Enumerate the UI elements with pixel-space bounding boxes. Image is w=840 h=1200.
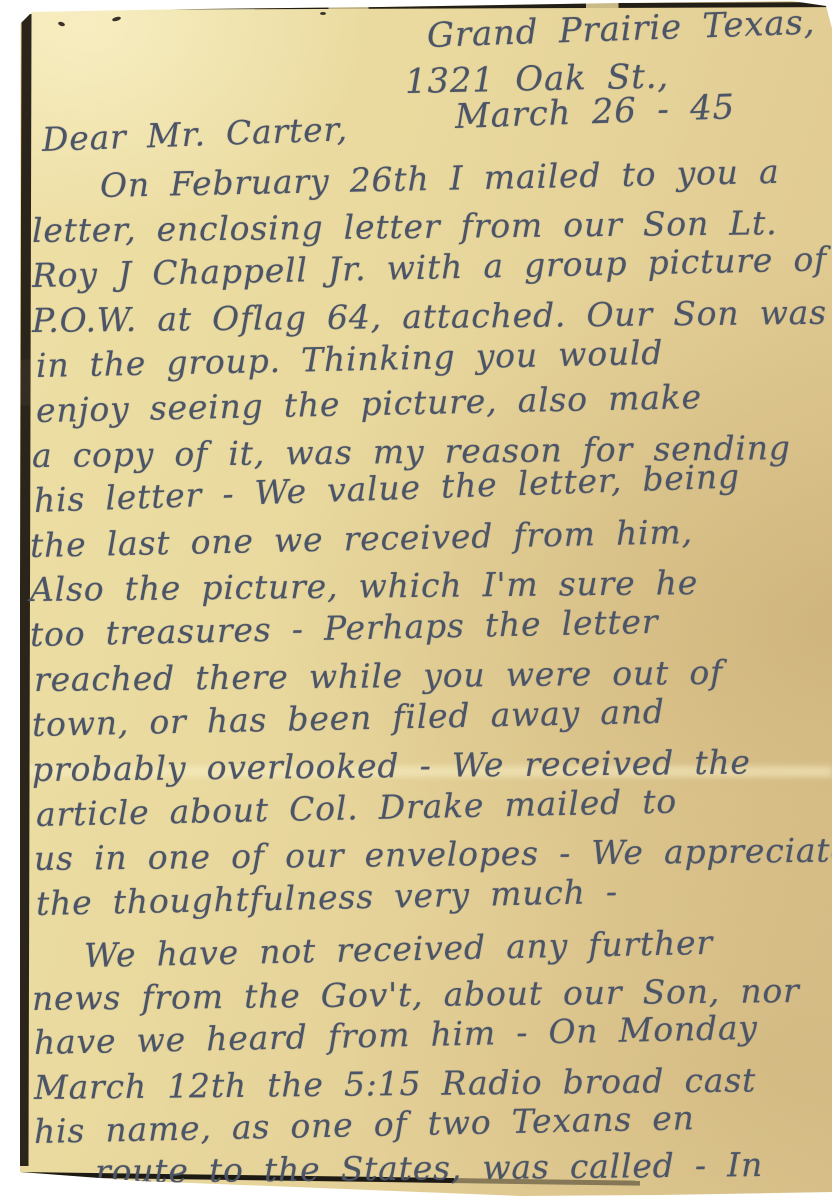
address-line-city: Grand Prairie Texas, bbox=[426, 2, 816, 56]
letter-line-23: route to the States, was called - In bbox=[95, 1145, 763, 1191]
letter-line-22: his name, as one of two Texans en bbox=[34, 1098, 695, 1151]
letter-line-15: article about Col. Drake mailed to bbox=[36, 782, 678, 834]
letter-scan: Grand Prairie Texas, 1321 Oak St., March… bbox=[0, 0, 840, 1200]
letter-line-4: P.O.W. at Oflag 64, attached. Our Son wa… bbox=[32, 293, 827, 340]
letter-line-5: in the group. Thinking you would bbox=[36, 333, 664, 385]
letter-line-11: too treasures - Perhaps the letter bbox=[30, 602, 659, 654]
handwriting-layer: Grand Prairie Texas, 1321 Oak St., March… bbox=[20, 0, 832, 1200]
letter-paper: Grand Prairie Texas, 1321 Oak St., March… bbox=[20, 0, 832, 1200]
letter-line-16: us in one of our envelopes - We apprecia… bbox=[34, 830, 832, 878]
letter-line-18: We have not received any further bbox=[84, 923, 714, 975]
letter-line-13: town, or has been filed away and bbox=[32, 692, 666, 744]
letter-line-6: enjoy seeing the picture, also make bbox=[36, 377, 703, 430]
letter-line-1: On February 26th I mailed to you a bbox=[100, 152, 780, 205]
letter-line-9: the last one we received from him, bbox=[30, 512, 694, 565]
salutation-line: Dear Mr. Carter, bbox=[41, 109, 348, 159]
letter-line-17: the thoughtfulness very much - bbox=[36, 872, 619, 923]
date-line: March 26 - 45 bbox=[454, 87, 735, 137]
